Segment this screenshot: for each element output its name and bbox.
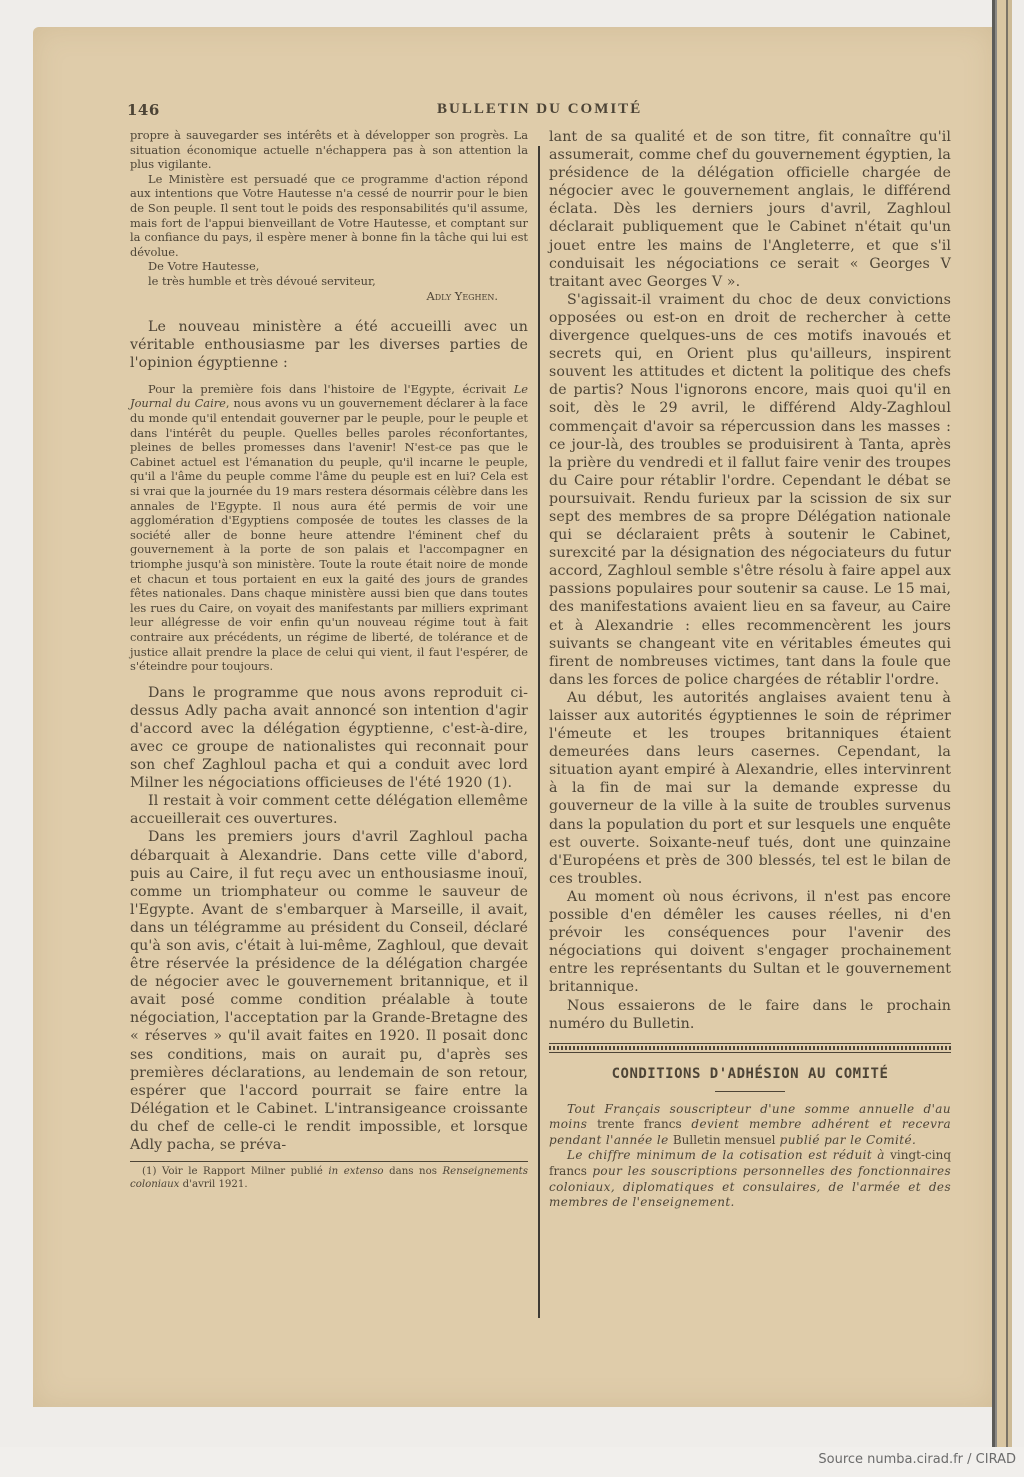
ornamental-divider bbox=[549, 1043, 951, 1053]
quote-text: Pour la première fois dans l'histoire de… bbox=[148, 382, 514, 396]
conditions-text: publié par le Comité. bbox=[775, 1133, 916, 1147]
letter-paragraph: propre à sauvegarder ses intérêts et à d… bbox=[130, 128, 528, 172]
letter-closing: De Votre Hautesse, bbox=[130, 259, 528, 274]
lead-paragraph: Le nouveau ministère a été accueilli ave… bbox=[130, 318, 528, 372]
letter-excerpt: propre à sauvegarder ses intérêts et à d… bbox=[130, 128, 528, 304]
footnote-text: dans nos bbox=[384, 1166, 443, 1177]
letter-signature: Adly Yeghen. bbox=[130, 289, 528, 304]
footnote-marker: (1) bbox=[142, 1166, 162, 1177]
conditions-publication: Bulletin mensuel bbox=[673, 1133, 776, 1147]
body-paragraph: lant de sa qualité et de son titre, fit … bbox=[549, 128, 951, 291]
press-quote: Pour la première fois dans l'histoire de… bbox=[130, 382, 528, 674]
section-heading: CONDITIONS D'ADHÉSION AU COMITÉ bbox=[549, 1065, 951, 1083]
footnote-rule bbox=[130, 1161, 528, 1162]
footnote: (1) Voir le Rapport Milner publié in ext… bbox=[130, 1166, 528, 1192]
page-number: 146 bbox=[127, 101, 160, 119]
left-column: propre à sauvegarder ses intérêts et à d… bbox=[130, 128, 528, 1192]
conditions-paragraph: Tout Français souscripteur d'une somme a… bbox=[549, 1102, 951, 1149]
body-paragraph: Au moment où nous écrivons, il n'est pas… bbox=[549, 888, 951, 997]
footnote-text: Voir le Rapport Milner publié bbox=[162, 1166, 328, 1177]
column-divider bbox=[538, 146, 540, 1318]
binding-edge bbox=[992, 0, 1012, 1447]
body-paragraph: Il restait à voir comment cette délégati… bbox=[130, 792, 528, 828]
letter-closing: le très humble et très dévoué serviteur, bbox=[130, 274, 528, 289]
quote-text: , nous avons vu un gouvernement déclarer… bbox=[130, 396, 528, 673]
conditions-text: Le chiffre minimum de la cotisation est … bbox=[567, 1148, 890, 1162]
footnote-text: d'avril 1921. bbox=[179, 1179, 247, 1190]
letter-paragraph: Le Ministère est persuadé que ce program… bbox=[130, 172, 528, 260]
conditions-text: pour les souscriptions personnelles des … bbox=[549, 1164, 951, 1209]
footnote-italic: in extenso bbox=[328, 1166, 383, 1177]
body-paragraph: Dans les premiers jours d'avril Zaghloul… bbox=[130, 828, 528, 1154]
running-title: BULLETIN DU COMITÉ bbox=[437, 101, 642, 118]
body-paragraph: Dans le programme que nous avons reprodu… bbox=[130, 684, 528, 793]
heading-rule bbox=[715, 1091, 785, 1092]
source-credit: Source numba.cirad.fr / CIRAD bbox=[818, 1452, 1016, 1467]
running-header: 146 BULLETIN DU COMITÉ bbox=[127, 101, 957, 121]
body-paragraph: S'agissait-il vraiment du choc de deux c… bbox=[549, 291, 951, 689]
body-paragraph: Au début, les autorités anglaises avaien… bbox=[549, 689, 951, 888]
body-paragraph: Nous essaierons de le faire dans le proc… bbox=[549, 997, 951, 1033]
right-column: lant de sa qualité et de son titre, fit … bbox=[549, 128, 951, 1211]
conditions-paragraph: Le chiffre minimum de la cotisation est … bbox=[549, 1148, 951, 1210]
conditions-amount: trente francs bbox=[597, 1117, 682, 1131]
